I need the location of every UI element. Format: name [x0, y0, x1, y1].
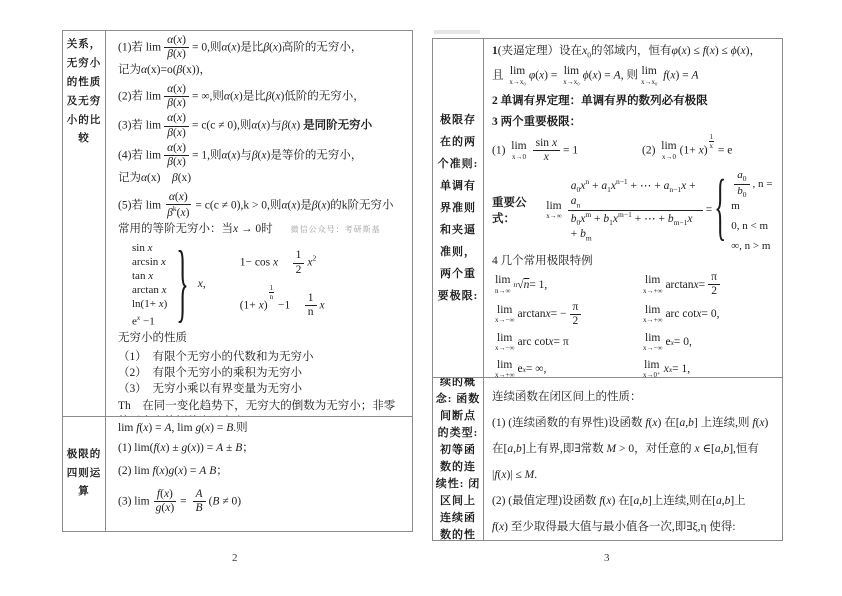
boundedness-line-1: (1) (连续函数的有界性)设函数 f(x) 在[a,b] 上连续,则 f(x)	[492, 410, 776, 436]
left-brace: {	[714, 168, 726, 252]
formula-line-notation-o: 记为α(x)=o(β(x))，	[118, 63, 406, 79]
watermark: 微信公众号：考研斯基	[291, 225, 381, 234]
equivalent-root-formula: (1+ x)1n −1 1nx	[240, 292, 325, 319]
right-brace: }	[176, 233, 188, 335]
special-limits-title: 4 几个常用极限特例	[492, 254, 776, 270]
special-limit-exp-pos: limx→+∞ ex = ∞,	[492, 357, 640, 377]
limit-operator: lim x→∞	[546, 201, 562, 221]
section-header-continuity: 函数连续的概念: 函数间断点的类型: 初等函数的连续性: 闭区间上连续函数的性质	[433, 378, 484, 540]
page-3-table: 极限存在的两个准则: 单调有界准则和夹逼准则，两个重要极限: 1(夹逼定理）设在…	[432, 38, 783, 541]
formula-line-higher-order: (1)若 limα(x)β(x)= 0,则α(x)是比β(x)高阶的无穷小，	[118, 34, 406, 61]
important-formula-line: 重要公式： lim x→∞ a0xn + a1xn−1 + ⋯ + an−1x …	[492, 169, 776, 252]
section-header-label: 极限的四则运算	[65, 446, 103, 503]
page-number-left: 2	[232, 552, 238, 564]
section-header-limit-operations: 极限的四则运算	[63, 417, 106, 531]
formula-line-equivalent: (4)若 limα(x)β(x)= 1,则α(x)与β(x)是等价的无穷小，	[118, 142, 406, 169]
cases-body: a0b0, n = m 0, n < m ∞, n > m	[731, 169, 776, 252]
special-limit-exp-neg: limx→−∞ ex = 0,	[640, 330, 776, 355]
two-important-limits-title: 3 两个重要极限：	[492, 115, 776, 131]
table-row: 极限存在的两个准则: 单调有界准则和夹逼准则，两个重要极限: 1(夹逼定理）设在…	[433, 39, 782, 378]
table-row: 函数连续的概念: 函数间断点的类型: 初等函数的连续性: 闭区间上连续函数的性质…	[433, 378, 782, 540]
property-item-3: （3） 无穷小乘以有界变量为无穷小	[118, 381, 406, 397]
equivalent-x-label: x,	[198, 278, 206, 290]
section-header-infinitesimal-comparison: 关系，无穷小的性质及无穷小的比较	[63, 31, 106, 416]
properties-title: 无穷小的性质	[118, 331, 406, 347]
two-important-limits-text: 3 两个重要极限：	[492, 116, 581, 128]
important-limit-1: (1) limx→0sin xx= 1	[492, 137, 642, 164]
formula-line-k-order: (5)若 limα(x)βk(x)= c(c ≠ 0),k > 0,则α(x)是…	[118, 191, 406, 220]
equivalent-cos-formula: 1− cos x 12x2	[240, 249, 325, 276]
equivalent-infinitesimal-group: sin xarcsin xtan xarctan xln(1+ x)ex −1 …	[132, 241, 406, 329]
equivalent-function-list: sin xarcsin xtan xarctan xln(1+ x)ex −1	[132, 241, 167, 329]
formula-line-squeeze-theorem: 1(夹逼定理）设在x0的邻域内，恒有φ(x) ≤ f(x) ≤ ϕ(x)，	[492, 44, 776, 60]
formula-line-lower-order: (2)若 limα(x)β(x)= ∞,则α(x)是比β(x)低阶的无穷小，	[118, 83, 406, 110]
property-item-2: （2） 有限个无穷小的乘积为无穷小	[118, 365, 406, 381]
section-header-label: 关系，无穷小的性质及无穷小的比较	[65, 36, 103, 149]
important-limit-2: (2) limx→0(1+ x)1x = e	[642, 141, 732, 161]
document-canvas: 关系，无穷小的性质及无穷小的比较 (1)若 limα(x)β(x)= 0,则α(…	[0, 0, 842, 596]
section-header-limit-criteria: 极限存在的两个准则: 单调有界准则和夹逼准则，两个重要极限:	[433, 39, 484, 377]
special-limit-x-power-x: limx→0⁺ xx = 1,	[640, 357, 776, 377]
important-formula-label: 重要公式：	[492, 194, 543, 226]
formula-line-product-rule: (2) lim f(x)g(x) = A B；	[118, 464, 406, 480]
important-limits-row: (1) limx→0sin xx= 1 (2) limx→0(1+ x)1x =…	[492, 135, 776, 167]
table-row: 关系，无穷小的性质及无穷小的比较 (1)若 limα(x)β(x)= 0,则α(…	[63, 31, 412, 417]
page-number-right: 3	[604, 552, 610, 564]
monotone-bounded-text: 2 单调有界定理：单调有界的数列必有极限	[492, 95, 708, 107]
case-n-less-m: 0, n < m	[731, 220, 776, 232]
special-limits-grid: limn→∞ n√n = 1, limx→+∞ arctan x = π2 li…	[492, 271, 776, 377]
table-row: 极限的四则运算 lim f(x) = A, lim g(x) = B.则 (1)…	[63, 417, 412, 531]
formula-line-premise: lim f(x) = A, lim g(x) = B.则	[118, 421, 406, 437]
theorem-reciprocal: Th 在同一变化趋势下，无穷大的倒数为无穷小；非零的无穷小的倒数为无穷大	[118, 398, 406, 416]
section-body-continuity: 连续函数在闭区间上的性质： (1) (连续函数的有界性)设函数 f(x) 在[a…	[484, 378, 782, 540]
continuity-properties-title: 连续函数在闭区间上的性质：	[492, 384, 776, 410]
polynomial-fraction: a0xn + a1xn−1 + ⋯ + an−1x + an b0xm + b1…	[568, 178, 703, 242]
extreme-value-line-2: f(x) 至少取得最大值与最小值各一次,即∃ξ,η 使得:	[492, 514, 776, 540]
monotone-bounded-theorem: 2 单调有界定理：单调有界的数列必有极限	[492, 94, 776, 110]
cases-group: { a0b0, n = m 0, n < m ∞, n > m	[712, 169, 776, 252]
section-header-label: 极限存在的两个准则: 单调有界准则和夹逼准则，两个重要极限:	[435, 109, 481, 307]
special-limit-nth-root: limn→∞ n√n = 1,	[492, 271, 640, 298]
common-equivalents-text: 常用的等阶无穷小：当x → 0时	[118, 223, 273, 235]
formula-line-notation-equiv: 记为α(x) β(x)	[118, 171, 406, 187]
equivalent-right-column: 1− cos x 12x2 (1+ x)1n −1 1nx	[240, 249, 325, 319]
section-header-label: 函数连续的概念: 函数间断点的类型: 初等函数的连续性: 闭区间上连续函数的性质	[435, 378, 481, 540]
common-equivalents-title: 常用的等阶无穷小：当x → 0时微信公众号：考研斯基	[118, 222, 406, 238]
page-2-table: 关系，无穷小的性质及无穷小的比较 (1)若 limα(x)β(x)= 0,则α(…	[62, 30, 413, 532]
special-limit-arctan-pos: limx→+∞ arctan x = π2	[640, 271, 776, 298]
property-item-1: （1） 有限个无穷小的代数和为无穷小	[118, 349, 406, 365]
special-limit-arccot-neg: limx→−∞ arc cot x = π	[492, 330, 640, 355]
formula-line-quotient-rule: (3) limf(x)g(x)= AB(B ≠ 0)	[118, 488, 406, 515]
boundedness-line-2: 在[a,b]上有界,即∃常数 M > 0，对任意的 x ∈[a,b],恒有	[492, 436, 776, 462]
special-limit-arctan-neg: limx→−∞ arctan x = −π2	[492, 301, 640, 328]
section-body-limit-criteria: 1(夹逼定理）设在x0的邻域内，恒有φ(x) ≤ f(x) ≤ ϕ(x)， 且 …	[484, 39, 782, 377]
case-n-greater-m: ∞, n > m	[731, 240, 776, 252]
boundedness-line-3: |f(x)| ≤ M.	[492, 462, 776, 488]
scan-artifact	[434, 30, 480, 34]
case-n-equals-m: a0b0, n = m	[731, 169, 776, 212]
special-limit-arccot-pos: limx→+∞ arc cot x = 0,	[640, 301, 776, 328]
formula-line-squeeze-limits: 且 limx→x₀φ(x) = limx→x₀ϕ(x) = A, 则limx→x…	[492, 66, 776, 86]
section-body-limit-operations: lim f(x) = A, lim g(x) = B.则 (1) lim(f(x…	[106, 417, 412, 531]
formula-line-same-order: (3)若 limα(x)β(x)= c(c ≠ 0),则α(x)与β(x) 是同…	[118, 112, 406, 139]
section-body-infinitesimal-comparison: (1)若 limα(x)β(x)= 0,则α(x)是比β(x)高阶的无穷小， 记…	[106, 31, 412, 416]
extreme-value-line-1: (2) (最值定理)设函数 f(x) 在[a,b]上连续,则在[a,b]上	[492, 488, 776, 514]
formula-line-sum-rule: (1) lim(f(x) ± g(x)) = A ± B；	[118, 441, 406, 457]
